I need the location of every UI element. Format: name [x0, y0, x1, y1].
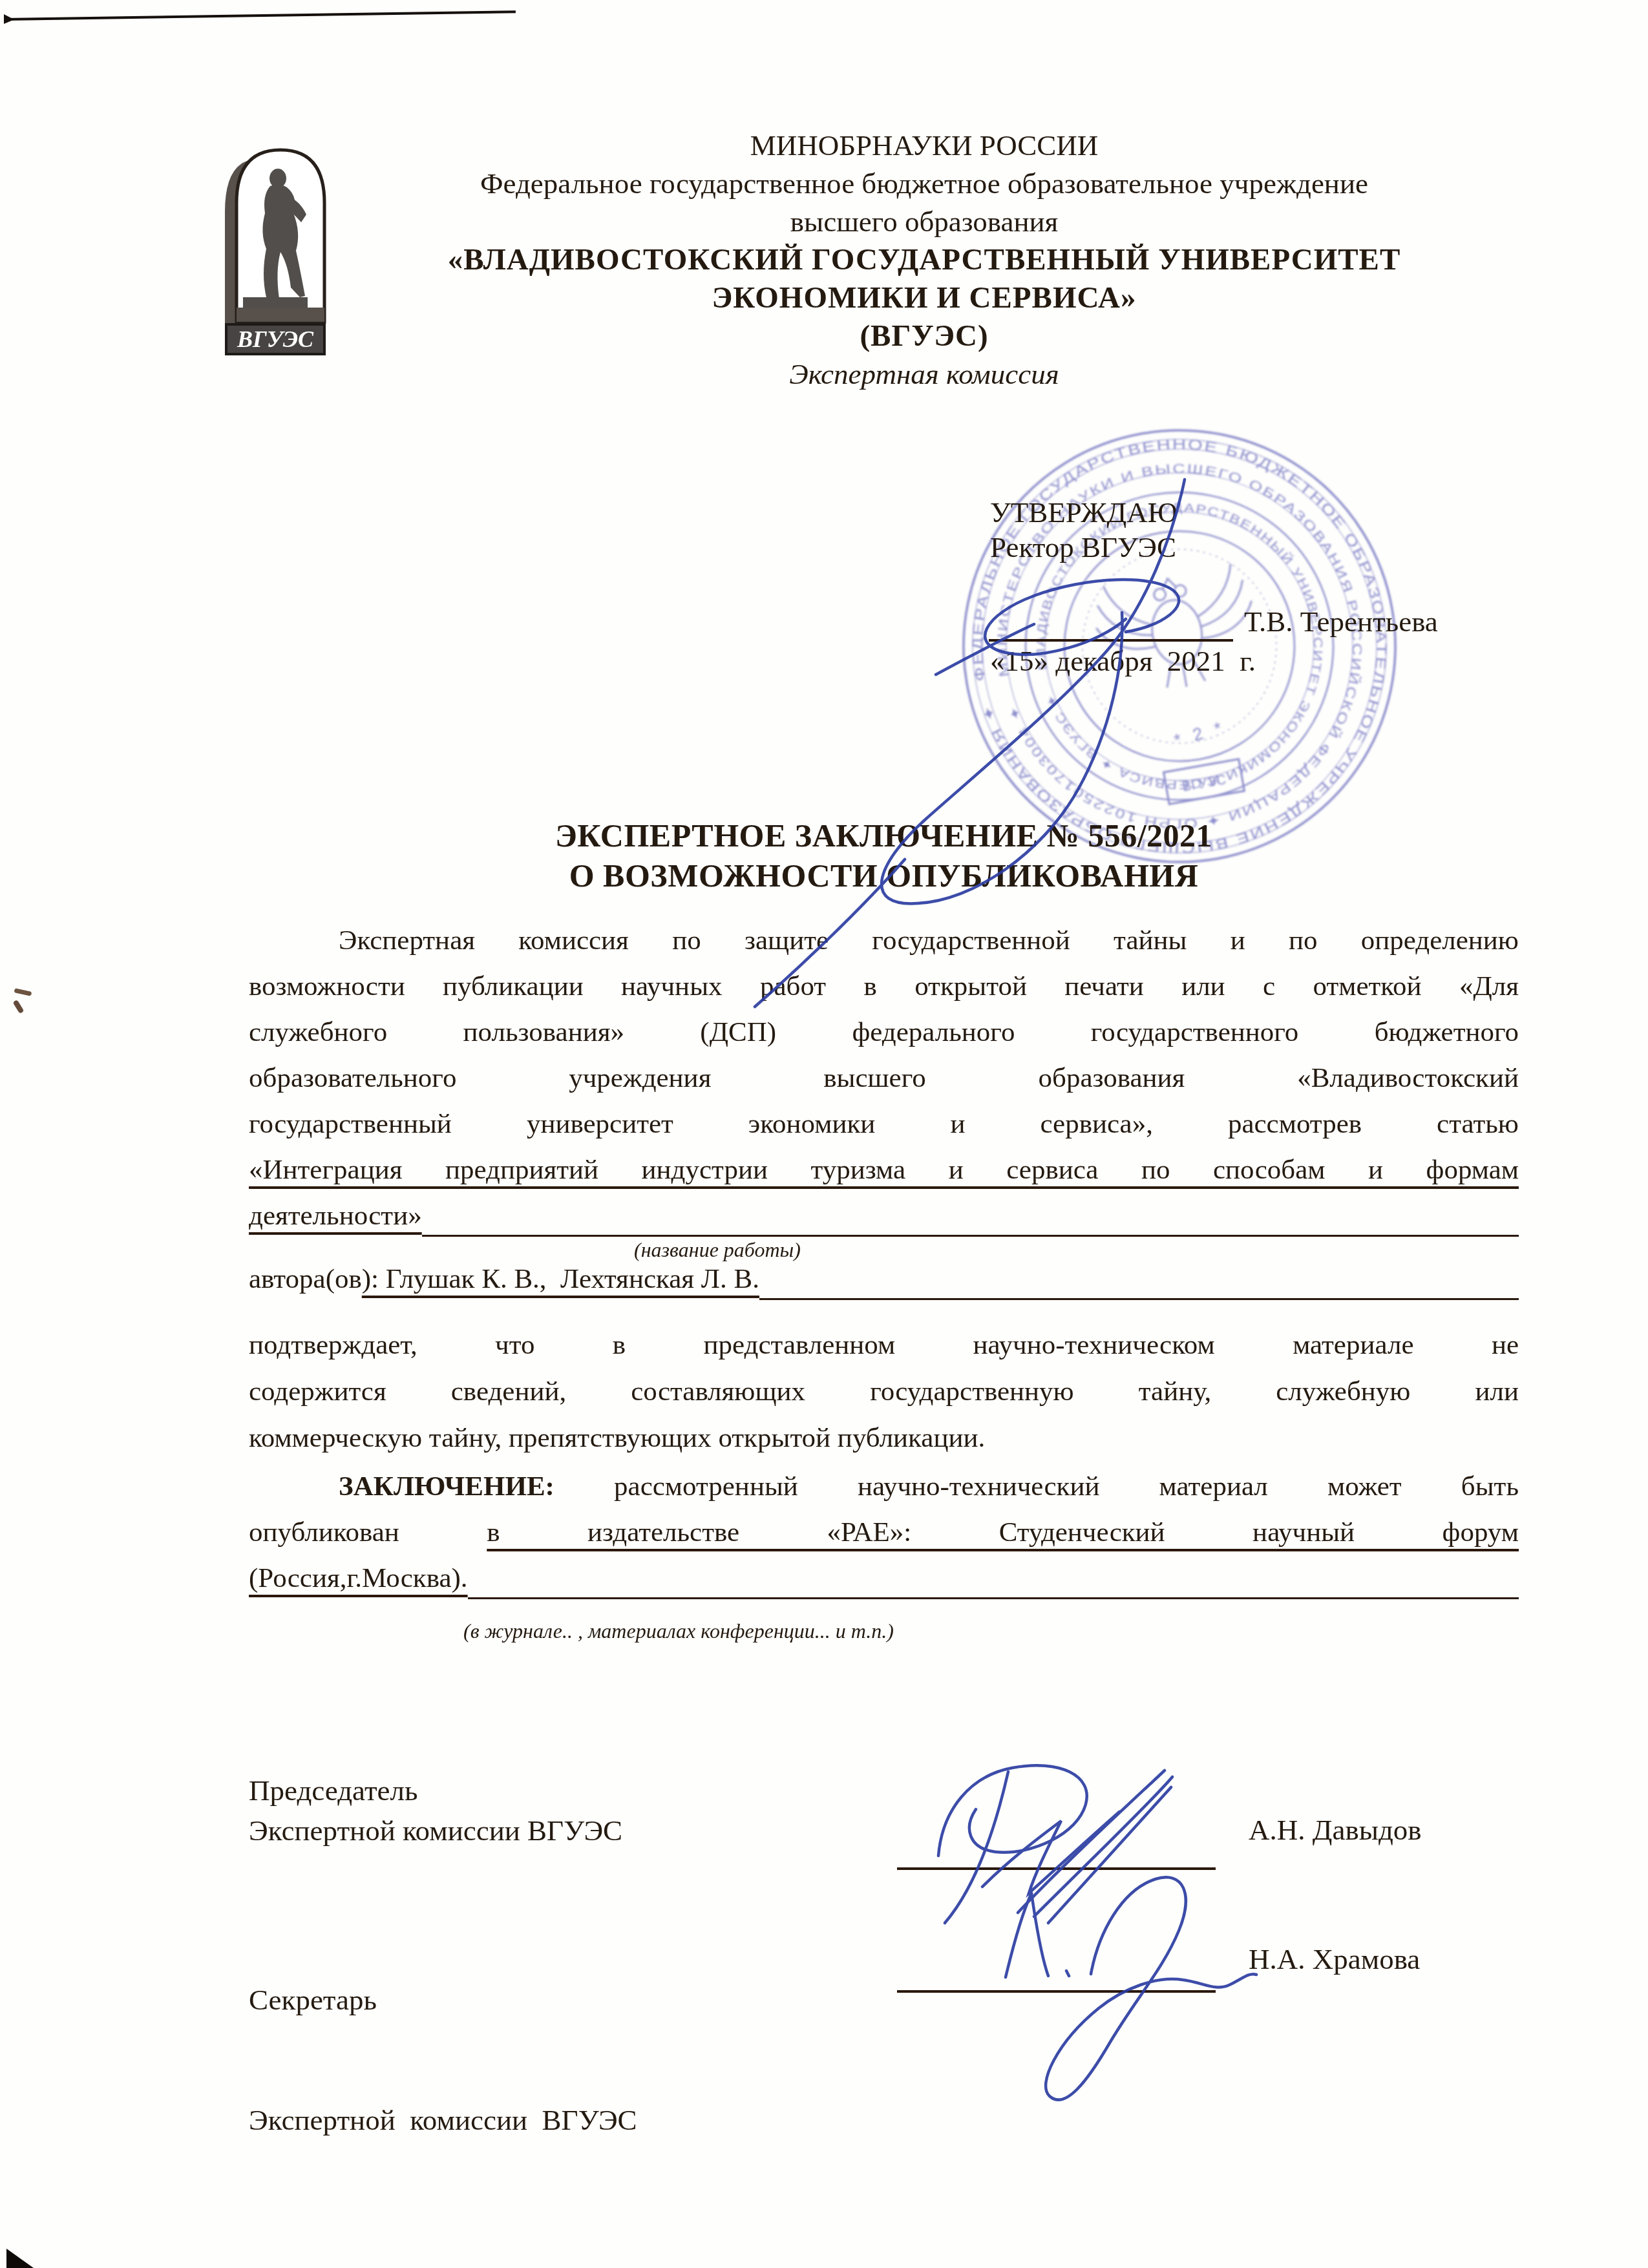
body-text-line: содержится сведений, составляющих госуда… [249, 1369, 1519, 1415]
body-text-line: служебного пользования» (ДСП) федерально… [249, 1009, 1519, 1055]
stamp-number-mark: * 2 * [1172, 717, 1227, 750]
body-text-line: коммерческую тайну, препятствующих откры… [249, 1415, 1519, 1462]
authors-names: ): Глушак К. В., Лехтянская Л. В. [362, 1256, 759, 1302]
conclusion-line-2: опубликован в издательстве «РАЕ»: Студен… [249, 1509, 1519, 1555]
title-line-1: ЭКСПЕРТНОЕ ЗАКЛЮЧЕНИЕ № 556/2021 [249, 815, 1519, 856]
authors-prefix: автора(ов [249, 1256, 362, 1302]
conclusion-text: рассмотренный научно-технический материа… [614, 1471, 1519, 1502]
journal-caption: (в журнале.. , материалах конференции...… [388, 1617, 969, 1645]
work-title-tail: деятельности» [249, 1193, 422, 1239]
scan-edge-wedge [4, 14, 14, 24]
authors-line: автора(ов): Глушак К. В., Лехтянская Л. … [249, 1256, 1519, 1302]
secretary-role-block: Секретарь Экспертной комиссии ВГУЭС [249, 1900, 637, 2180]
org-line-2: высшего образования [427, 203, 1422, 241]
role-line: Экспертной комиссии ВГУЭС [249, 2100, 637, 2140]
role-line: Экспертной комиссии ВГУЭС [249, 1811, 622, 1851]
logo-label-text: ВГУЭС [237, 326, 314, 352]
university-name-1: «ВЛАДИВОСТОКСКИЙ ГОСУДАРСТВЕННЫЙ УНИВЕРС… [427, 241, 1422, 279]
blank-ruled-line [759, 1256, 1519, 1300]
university-logo: ВГУЭС [224, 136, 340, 355]
publisher-location: (Россия,г.Москва). [249, 1555, 468, 1601]
conclusion-plain: опубликован [249, 1517, 399, 1548]
work-title-underlined-line: «Интеграция предприятий индустрии туризм… [249, 1147, 1519, 1193]
university-name-2: ЭКОНОМИКИ И СЕРВИСА» [427, 279, 1422, 317]
scan-smudge-mark [13, 1000, 25, 1014]
approver-title: Ректор ВГУЭС [990, 530, 1572, 565]
stamp-box-text: ВГУЭС [1181, 772, 1227, 795]
eagle-emblem-icon [1089, 562, 1264, 701]
logo-pedestal [237, 308, 324, 322]
body-paragraph-2: подтверждает, что в представленном научн… [249, 1322, 1519, 1462]
university-logo-emblem: ВГУЭС [224, 136, 340, 355]
body-text-line: подтверждает, что в представленном научн… [249, 1322, 1519, 1369]
chairman-name: А.Н. Давыдов [1249, 1813, 1422, 1847]
approver-name: Т.В. Терентьева [1244, 605, 1438, 638]
ministry-line: МИНОБРНАУКИ РОССИИ [427, 127, 1422, 165]
work-title-last-line: деятельности» [249, 1193, 1519, 1239]
role-line: Председатель [249, 1770, 622, 1811]
blank-ruled-line [468, 1555, 1519, 1599]
body-text-line: образовательного учреждения высшего обра… [249, 1055, 1519, 1101]
body-paragraph-1: Экспертная комиссия по защите государств… [249, 918, 1519, 1239]
body-text-line: Экспертная комиссия по защите государств… [249, 918, 1519, 963]
conclusion-line-3: (Россия,г.Москва). [249, 1555, 1519, 1601]
secretary-signature-line [897, 1990, 1216, 1993]
chairman-signature-line [897, 1867, 1216, 1870]
scan-smudge-mark [14, 988, 32, 996]
scan-edge-line [4, 10, 516, 21]
publisher-underlined: в издательстве «РАЕ»: Студенческий научн… [487, 1517, 1519, 1548]
scanned-document-page: { "header": { "ministry": "МИНОБРНАУКИ Р… [0, 0, 1648, 2268]
chairman-role-block: Председатель Экспертной комиссии ВГУЭС [249, 1770, 622, 1851]
org-line-1: Федеральное государственное бюджетное об… [427, 165, 1422, 203]
university-abbr: (ВГУЭС) [427, 317, 1422, 355]
conclusion-line-1: ЗАКЛЮЧЕНИЕ: рассмотренный научно-техниче… [249, 1464, 1519, 1509]
approval-date: «15» декабря 2021 г. [990, 644, 1256, 678]
body-text-line: возможности публикации научных работ в о… [249, 963, 1519, 1009]
document-title: ЭКСПЕРТНОЕ ЗАКЛЮЧЕНИЕ № 556/2021 О ВОЗМО… [249, 815, 1519, 896]
role-line: Секретарь [249, 1980, 637, 2020]
secretary-signature [1006, 1877, 1256, 2099]
body-text-line: государственный университет экономики и … [249, 1101, 1519, 1147]
approve-word: УТВЕРЖДАЮ [990, 495, 1572, 530]
secretary-name: Н.А. Храмова [1249, 1942, 1420, 1976]
scan-corner-mark [6, 2249, 34, 2268]
chairman-signature [938, 1765, 1172, 1923]
letterhead: МИНОБРНАУКИ РОССИИ Федеральное государст… [427, 127, 1422, 394]
approval-block: УТВЕРЖДАЮ Ректор ВГУЭС [990, 495, 1572, 565]
conclusion-paragraph: ЗАКЛЮЧЕНИЕ: рассмотренный научно-техниче… [249, 1464, 1519, 1601]
title-line-2: О ВОЗМОЖНОСТИ ОПУБЛИКОВАНИЯ [249, 856, 1519, 896]
conclusion-label: ЗАКЛЮЧЕНИЕ: [339, 1471, 555, 1502]
approval-signature-line [989, 639, 1233, 642]
committee-line: Экспертная комиссия [427, 355, 1422, 394]
blank-ruled-line [422, 1193, 1519, 1237]
